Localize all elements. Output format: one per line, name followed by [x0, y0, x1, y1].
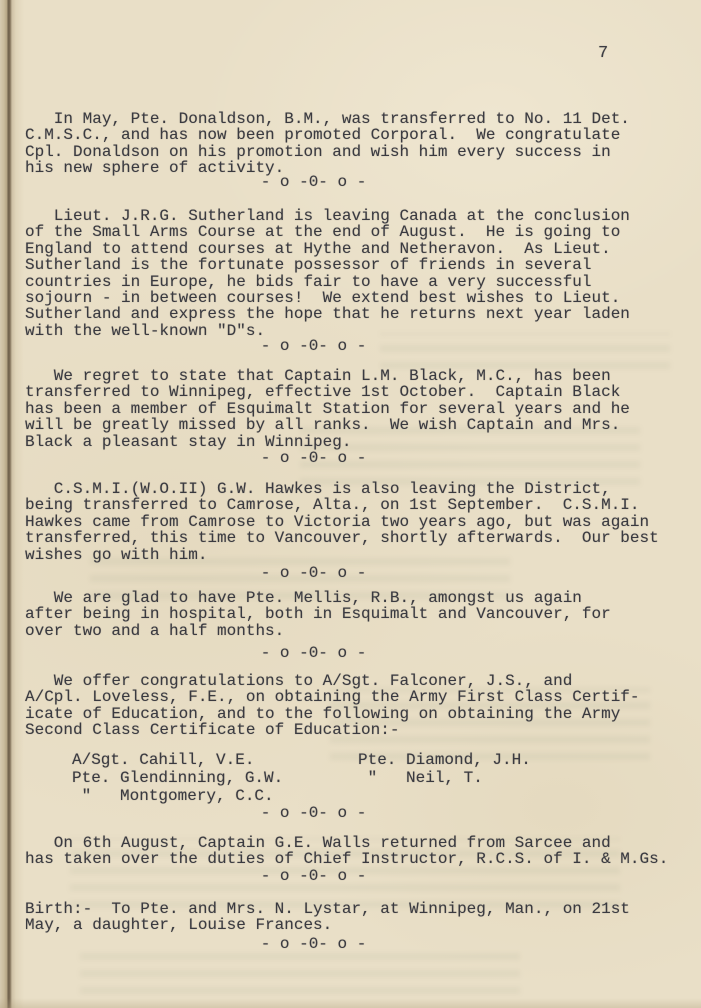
page-number: 7 — [598, 44, 608, 63]
page-bottom-shadow — [0, 998, 701, 1008]
list-cell-left: A/Sgt. Cahill, V.E. — [72, 751, 358, 769]
section-divider: - o -0- o - — [25, 805, 602, 821]
text-line: countries in Europe, he bids fair to hav… — [25, 274, 685, 290]
text-line: We offer congratulations to A/Sgt. Falco… — [25, 673, 685, 689]
paragraph-hawkes-transfer: C.S.M.I.(W.O.II) G.W. Hawkes is also lea… — [25, 481, 685, 563]
text-line: Hawkes came from Camrose to Victoria two… — [25, 514, 685, 530]
section-divider: - o -0- o - — [25, 868, 602, 884]
text-line: over two and a half months. — [25, 623, 685, 639]
text-line: wishes go with him. — [25, 547, 685, 563]
section-divider: - o -0- o - — [25, 645, 602, 661]
list-cell-left: Pte. Glendinning, G.W. — [72, 769, 358, 787]
list-row: A/Sgt. Cahill, V.E.Pte. Diamond, J.H. — [72, 751, 531, 769]
paragraph-mellis-return: We are glad to have Pte. Mellis, R.B., a… — [25, 590, 685, 639]
list-row: Pte. Glendinning, G.W. " Neil, T. — [72, 769, 531, 787]
text-line: of the Small Arms Course at the end of A… — [25, 224, 685, 240]
text-line: England to attend courses at Hythe and N… — [25, 241, 685, 257]
text-line: Lieut. J.R.G. Sutherland is leaving Cana… — [25, 208, 685, 224]
paragraph-donaldson-promotion: In May, Pte. Donaldson, B.M., was transf… — [25, 111, 685, 177]
page-binding-edge — [0, 0, 24, 1008]
text-line: transferred, this time to Vancouver, sho… — [25, 530, 685, 546]
paragraph-birth-notice: Birth:- To Pte. and Mrs. N. Lystar, at W… — [25, 901, 685, 934]
text-line: In May, Pte. Donaldson, B.M., was transf… — [25, 111, 685, 127]
paragraph-sutherland-leaving: Lieut. J.R.G. Sutherland is leaving Cana… — [25, 208, 685, 339]
text-line: has been a member of Esquimalt Station f… — [25, 401, 685, 417]
section-divider: - o -0- o - — [25, 450, 602, 466]
section-divider: - o -0- o - — [25, 338, 602, 354]
text-line: Birth:- To Pte. and Mrs. N. Lystar, at W… — [25, 901, 685, 917]
page-content: 7 In May, Pte. Donaldson, B.M., was tran… — [0, 0, 701, 1008]
text-line: A/Cpl. Loveless, F.E., on obtaining the … — [25, 689, 685, 705]
text-line: transferred to Winnipeg, effective 1st O… — [25, 384, 685, 400]
text-line: C.M.S.C., and has now been promoted Corp… — [25, 127, 685, 143]
list-row: " Montgomery, C.C. — [72, 787, 531, 805]
paragraph-walls-chief-instructor: On 6th August, Captain G.E. Walls return… — [25, 835, 685, 868]
text-line: Second Class Certificate of Education:- — [25, 722, 685, 738]
text-line: has taken over the duties of Chief Instr… — [25, 851, 685, 867]
text-line: Cpl. Donaldson on his promotion and wish… — [25, 144, 685, 160]
text-line: Sutherland and express the hope that he … — [25, 306, 685, 322]
text-line: Sutherland is the fortunate possessor of… — [25, 257, 685, 273]
text-line: We regret to state that Captain L.M. Bla… — [25, 368, 685, 384]
text-line: On 6th August, Captain G.E. Walls return… — [25, 835, 685, 851]
paragraph-education-certificates: We offer congratulations to A/Sgt. Falco… — [25, 673, 685, 739]
text-line: C.S.M.I.(W.O.II) G.W. Hawkes is also lea… — [25, 481, 685, 497]
list-cell-left: " Montgomery, C.C. — [72, 787, 358, 805]
text-line: will be greatly missed by all ranks. We … — [25, 417, 685, 433]
section-divider: - o -0- o - — [25, 565, 602, 581]
list-cell-right: " Neil, T. — [358, 769, 483, 787]
text-line: We are glad to have Pte. Mellis, R.B., a… — [25, 590, 685, 606]
text-line: being transferred to Camrose, Alta., on … — [25, 497, 685, 513]
text-line: Black a pleasant stay in Winnipeg. — [25, 434, 685, 450]
section-divider: - o -0- o - — [25, 174, 602, 190]
text-line: sojourn - in between courses! We extend … — [25, 290, 685, 306]
text-line: May, a daughter, Louise Frances. — [25, 917, 685, 933]
education-certificate-list: A/Sgt. Cahill, V.E.Pte. Diamond, J.H.Pte… — [72, 751, 531, 805]
text-line: icate of Education, and to the following… — [25, 706, 685, 722]
text-line: after being in hospital, both in Esquima… — [25, 606, 685, 622]
document-page: 7 In May, Pte. Donaldson, B.M., was tran… — [0, 0, 701, 1008]
list-cell-right: Pte. Diamond, J.H. — [358, 751, 531, 769]
paragraph-black-transfer: We regret to state that Captain L.M. Bla… — [25, 368, 685, 450]
section-divider: - o -0- o - — [25, 936, 602, 952]
